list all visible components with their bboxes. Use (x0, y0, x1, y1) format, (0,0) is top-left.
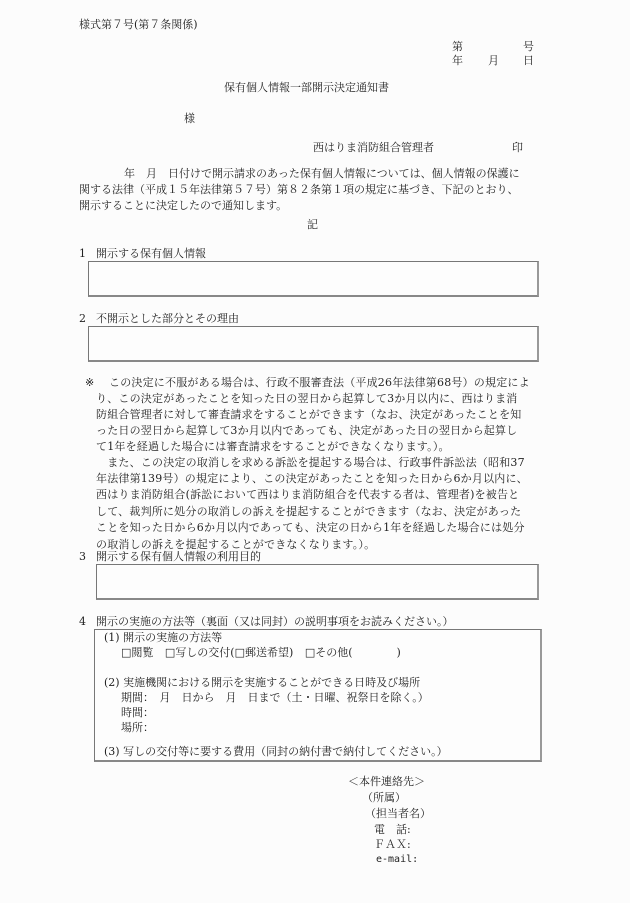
disclosure-method-box: (1) 開示の実施の方法等 □閲覧 □写しの交付(□郵送希望) □その他( ) … (94, 629, 542, 762)
notice-line: った日の翌日から起算して3か月以内であっても、決定があった日の翌日から起算し (96, 423, 517, 439)
form-id: 様式第７号(第７条関係) (79, 17, 198, 33)
option-mail-request: 郵送希望) (245, 646, 293, 659)
intro-line-1: 年 月 日付けで開示請求のあった保有個人情報については、個人情報の保護に (124, 166, 520, 182)
section-4-label: 開示の実施の方法等（裏面（又は同封）の説明事項をお読みください。） (96, 614, 454, 630)
ki-label: 記 (307, 217, 318, 233)
contact-phone: 電 話: (374, 822, 411, 838)
method-item-2-label: (2) 実施機関における開示を実施することができる日時及び場所 (104, 675, 420, 691)
section-2-number: 2 (79, 311, 86, 327)
option-inspection: 閲覧 (131, 646, 153, 659)
section-3-label: 開示する保有個人情報の利用目的 (96, 549, 261, 565)
notice-line: この決定に不服がある場合は、行政不服審査法（平成26年法律第68号）の規定によ (109, 375, 530, 391)
section-4-number: 4 (79, 614, 86, 630)
issuer-seal: 印 (512, 140, 523, 156)
non-disclosure-reason-input[interactable] (89, 327, 537, 360)
usage-purpose-input[interactable] (97, 565, 537, 598)
notice-line: 西はりま消防組合(訴訟において西はりま消防組合を代表する者は、管理者)を被告と (96, 487, 519, 503)
intro-line-3: 開示することに決定したので通知します。 (79, 198, 287, 214)
date-month: 月 (488, 53, 499, 69)
method-options: □閲覧 □写しの交付(□郵送希望) □その他( ) (121, 645, 401, 661)
issuer-name: 西はりま消防組合管理者 (313, 140, 434, 156)
contact-heading: ＜本件連絡先＞ (348, 774, 425, 790)
document-title: 保有個人情報一部開示決定通知書 (224, 80, 389, 96)
method-time: 時間： (121, 705, 154, 721)
option-other: その他( ) (315, 646, 401, 659)
checkbox-icon[interactable]: □ (305, 646, 315, 659)
method-place: 場所： (121, 720, 154, 736)
section-1-number: 1 (79, 246, 86, 262)
notice-line: り、この決定があったことを知った日の翌日から起算して3か月以内に、西はりま消 (96, 391, 518, 407)
intro-line-2: 関する法律（平成１５年法律第５７号）第８２条第１項の規定に基づき、下記のとおり、 (79, 182, 519, 198)
notice-line: 年法律第139号）の規定により、この決定があったことを知った日から6か月以内に、 (96, 471, 528, 487)
method-item-3-label: (3) 写しの交付等に要する費用（同封の納付書で納付してください。） (104, 744, 448, 760)
section-2-label: 不開示とした部分とその理由 (96, 311, 239, 327)
notice-line: また、この決定の取消しを求める訴訟を提起する場合は、行政事件訴訟法（昭和37 (96, 455, 525, 471)
method-period: 期間： 月 日から 月 日まで（土・日曜、祝祭日を除く。） (121, 690, 429, 706)
section-1-label: 開示する保有個人情報 (96, 246, 206, 262)
contact-fax: ＦＡＸ: (374, 837, 411, 853)
disclosed-info-field[interactable] (88, 261, 539, 297)
notice-line: て1年を経過した場合には審査請求をすることができなくなります。）。 (96, 439, 450, 455)
contact-affiliation: （所属） (362, 790, 406, 806)
notice-mark: ※ (85, 375, 94, 391)
notice-line: 防組合管理者に対して審査請求をすることができます（なお、決定があったことを知 (96, 407, 522, 423)
section-3-number: 3 (79, 549, 86, 565)
checkbox-icon[interactable]: □ (165, 646, 175, 659)
option-copy-delivery: 写しの交付( (175, 646, 234, 659)
usage-purpose-field[interactable] (96, 564, 539, 600)
date-year: 年 (452, 53, 463, 69)
date-day: 日 (523, 53, 534, 69)
contact-email: e-mail: (376, 852, 418, 868)
method-item-1-label: (1) 開示の実施の方法等 (104, 630, 222, 646)
checkbox-icon[interactable]: □ (235, 646, 245, 659)
disclosed-info-input[interactable] (89, 262, 537, 295)
notice-line: して、裁判所に処分の取消しの訴えを提起することができます（なお、決定があった (96, 504, 521, 520)
notice-line: ことを知った日から6か月以内であっても、決定の日から1年を経過した場合には処分 (96, 520, 525, 536)
non-disclosure-reason-field[interactable] (88, 326, 539, 362)
addressee-suffix: 様 (184, 111, 195, 127)
contact-person: （担当者名） (365, 806, 431, 822)
checkbox-icon[interactable]: □ (121, 646, 131, 659)
